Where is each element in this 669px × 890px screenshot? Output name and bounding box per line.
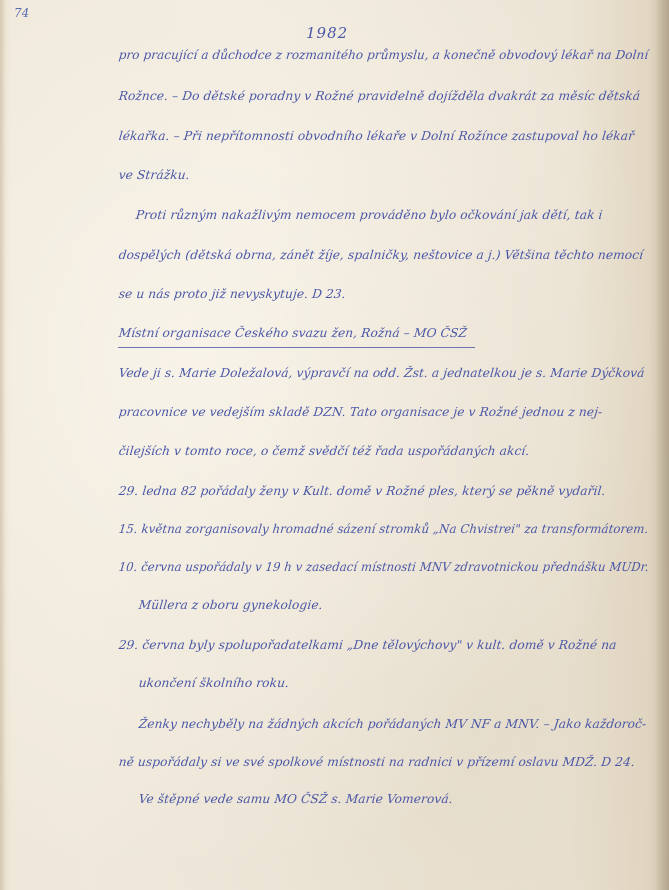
text-line: se u nás proto již nevyskytuje. D 23.	[118, 287, 346, 301]
year-heading: 1982	[306, 24, 348, 42]
text-line: čilejších v tomto roce, o čemž svědčí té…	[118, 444, 530, 458]
section-heading: Místní organisace Českého svazu žen, Rož…	[118, 326, 468, 340]
chronicle-page: 74 1982 pro pracující a důchodce z rozma…	[0, 0, 669, 890]
text-line: 10. června uspořádaly v 19 h v zasedací …	[118, 560, 650, 574]
page-left-edge	[0, 0, 6, 890]
text-line: ukončení školního roku.	[138, 676, 290, 690]
text-line: ně uspořádaly si ve své spolkové místnos…	[118, 755, 636, 769]
text-line: Vede ji s. Marie Doležalová, výpravčí na…	[118, 366, 645, 380]
page-number: 74	[14, 6, 29, 20]
text-line: 15. května zorganisovaly hromadné sázení…	[118, 522, 649, 536]
text-line: ve Strážku.	[118, 168, 190, 182]
page-spine-shadow	[655, 0, 669, 890]
text-line: Rožnce. – Do dětské poradny v Rožné prav…	[118, 89, 641, 103]
text-line: pro pracující a důchodce z rozmanitého p…	[118, 48, 649, 62]
text-line: lékařka. – Při nepřítomnosti obvodního l…	[118, 129, 635, 143]
text-line: Ženky nechyběly na žádných akcích pořáda…	[138, 717, 647, 731]
heading-underline	[118, 347, 475, 348]
text-line: 29. ledna 82 pořádaly ženy v Kult. domě …	[118, 484, 606, 498]
text-line: 29. června byly spolupořadatelkami „Dne …	[118, 638, 617, 652]
text-line: dospělých (dětská obrna, zánět žíje, spa…	[118, 248, 644, 262]
text-line: pracovnice ve vedejším skladě DZN. Tato …	[118, 405, 603, 419]
text-line: Proti různým nakažlivým nemocem prováděn…	[135, 208, 603, 222]
text-line: Müllera z oboru gynekologie.	[138, 598, 323, 612]
text-line: Ve štěpné vede samu MO ČSŽ s. Marie Vome…	[138, 792, 454, 806]
